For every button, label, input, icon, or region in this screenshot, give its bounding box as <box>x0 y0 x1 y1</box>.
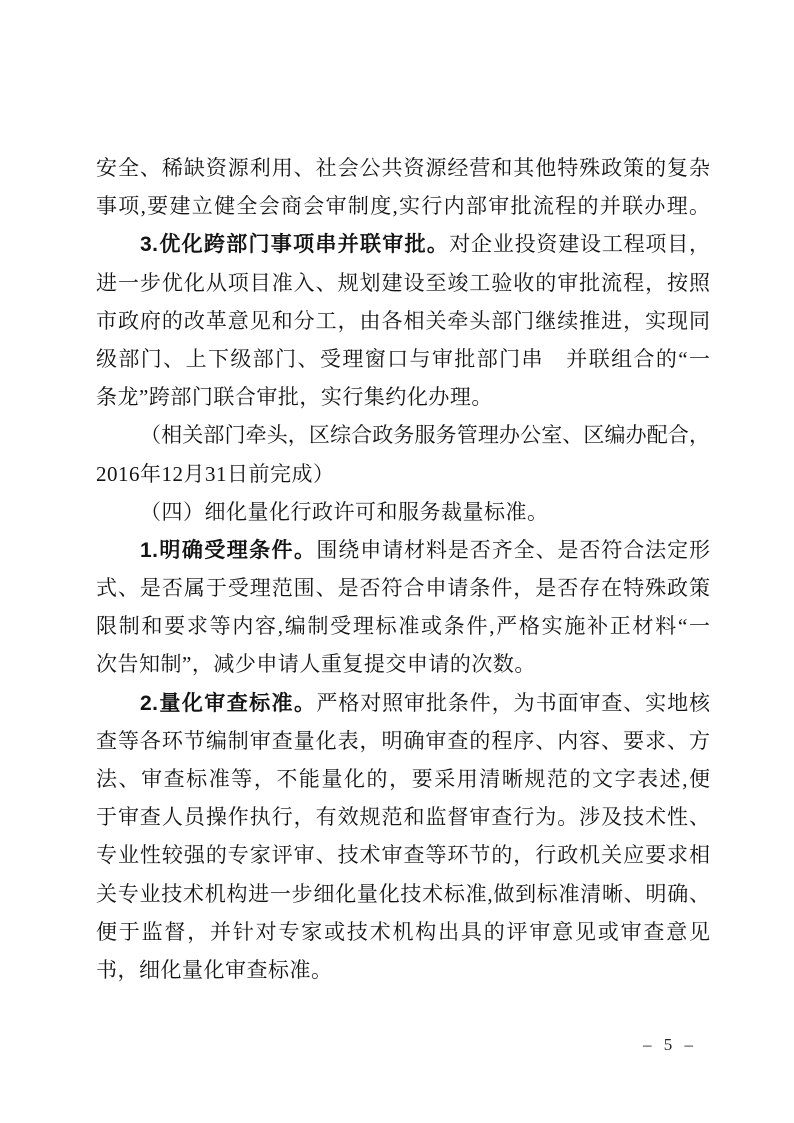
text-segment: 于审查人员操作执行，有效规范和监督审查行为。涉及技术性、 <box>96 805 710 829</box>
text-segment: 查等各环节编制审查量化表，明确审查的程序、内容、要求、方 <box>96 729 710 753</box>
text-line: 专业性较强的专家评审、技术审查等环节的，行政机关应要求相 <box>96 836 710 874</box>
text-line: 1.明确受理条件。围绕申请材料是否齐全、是否符合法定形 <box>96 531 710 569</box>
text-segment: 级部门、上下级部门、受理窗口与审批部门串 并联组合的“一 <box>96 347 710 371</box>
text-line: 市政府的改革意见和分工，由各相关牵头部门继续推进，实现同 <box>96 302 710 340</box>
text-line: （四）细化量化行政许可和服务裁量标准。 <box>96 493 710 531</box>
document-body: 安全、稀缺资源利用、社会公共资源经营和其他特殊政策的复杂事项,要建立健全会商会审… <box>96 149 710 989</box>
page-number: – 5 – <box>643 1032 697 1058</box>
text-line: 法、审查标准等，不能量化的，要采用清晰规范的文字表述,便 <box>96 760 710 798</box>
text-line: 2.量化审查标准。严格对照审批条件，为书面审查、实地核 <box>96 684 710 722</box>
text-segment: 市政府的改革意见和分工，由各相关牵头部门继续推进，实现同 <box>96 309 710 333</box>
text-segment: 2016年12月31日前完成） <box>96 462 335 486</box>
text-line: 查等各环节编制审查量化表，明确审查的程序、内容、要求、方 <box>96 722 710 760</box>
text-line: 3.优化跨部门事项串并联审批。对企业投资建设工程项目， <box>96 225 710 263</box>
text-segment: 次告知制”，减少申请人重复提交申请的次数。 <box>96 652 536 676</box>
text-segment: 便于监督，并针对专家或技术机构出具的评审意见或审查意见 <box>96 920 710 944</box>
text-segment: 专业性较强的专家评审、技术审查等环节的，行政机关应要求相 <box>96 843 710 867</box>
text-segment: 书，细化量化审查标准。 <box>96 958 333 982</box>
heading-segment: 1.明确受理条件。 <box>140 539 316 562</box>
text-line: 条龙”跨部门联合审批，实行集约化办理。 <box>96 378 710 416</box>
text-line: 式、是否属于受理范围、是否符合申请条件，是否存在特殊政策 <box>96 569 710 607</box>
text-segment: 围绕申请材料是否齐全、是否符合法定形 <box>316 538 710 562</box>
text-segment: 限制和要求等内容,编制受理标准或条件,严格实施补正材料“一 <box>96 614 710 638</box>
document-page: 安全、稀缺资源利用、社会公共资源经营和其他特殊政策的复杂事项,要建立健全会商会审… <box>0 0 794 1123</box>
text-segment: （四）细化量化行政许可和服务裁量标准。 <box>140 500 549 524</box>
text-segment: 式、是否属于受理范围、是否符合申请条件，是否存在特殊政策 <box>96 576 710 600</box>
text-line: 2016年12月31日前完成） <box>96 455 710 493</box>
text-line: 安全、稀缺资源利用、社会公共资源经营和其他特殊政策的复杂 <box>96 149 710 187</box>
text-segment: 安全、稀缺资源利用、社会公共资源经营和其他特殊政策的复杂 <box>96 156 710 180</box>
heading-segment: 3.优化跨部门事项串并联审批。 <box>140 233 449 256</box>
text-segment: 事项,要建立健全会商会审制度,实行内部审批流程的并联办理。 <box>96 194 710 218</box>
text-line: 限制和要求等内容,编制受理标准或条件,严格实施补正材料“一 <box>96 607 710 645</box>
text-segment: 严格对照审批条件，为书面审查、实地核 <box>316 691 710 715</box>
text-line: 书，细化量化审查标准。 <box>96 951 710 989</box>
text-segment: （相关部门牵头，区综合政务服务管理办公室、区编办配合， <box>140 423 710 447</box>
text-line: 关专业技术机构进一步细化量化技术标准,做到标准清晰、明确、 <box>96 875 710 913</box>
text-line: 事项,要建立健全会商会审制度,实行内部审批流程的并联办理。 <box>96 187 710 225</box>
text-line: 进一步优化从项目准入、规划建设至竣工验收的审批流程，按照 <box>96 264 710 302</box>
text-segment: 对企业投资建设工程项目， <box>449 232 710 256</box>
text-segment: 法、审查标准等，不能量化的，要采用清晰规范的文字表述,便 <box>96 767 710 791</box>
text-line: （相关部门牵头，区综合政务服务管理办公室、区编办配合， <box>96 416 710 454</box>
text-line: 级部门、上下级部门、受理窗口与审批部门串 并联组合的“一 <box>96 340 710 378</box>
text-line: 于审查人员操作执行，有效规范和监督审查行为。涉及技术性、 <box>96 798 710 836</box>
text-segment: 进一步优化从项目准入、规划建设至竣工验收的审批流程，按照 <box>96 271 710 295</box>
text-line: 便于监督，并针对专家或技术机构出具的评审意见或审查意见 <box>96 913 710 951</box>
text-line: 次告知制”，减少申请人重复提交申请的次数。 <box>96 645 710 683</box>
heading-segment: 2.量化审查标准。 <box>140 692 316 715</box>
text-segment: 条龙”跨部门联合审批，实行集约化办理。 <box>96 385 493 409</box>
text-segment: 关专业技术机构进一步细化量化技术标准,做到标准清晰、明确、 <box>96 882 710 906</box>
